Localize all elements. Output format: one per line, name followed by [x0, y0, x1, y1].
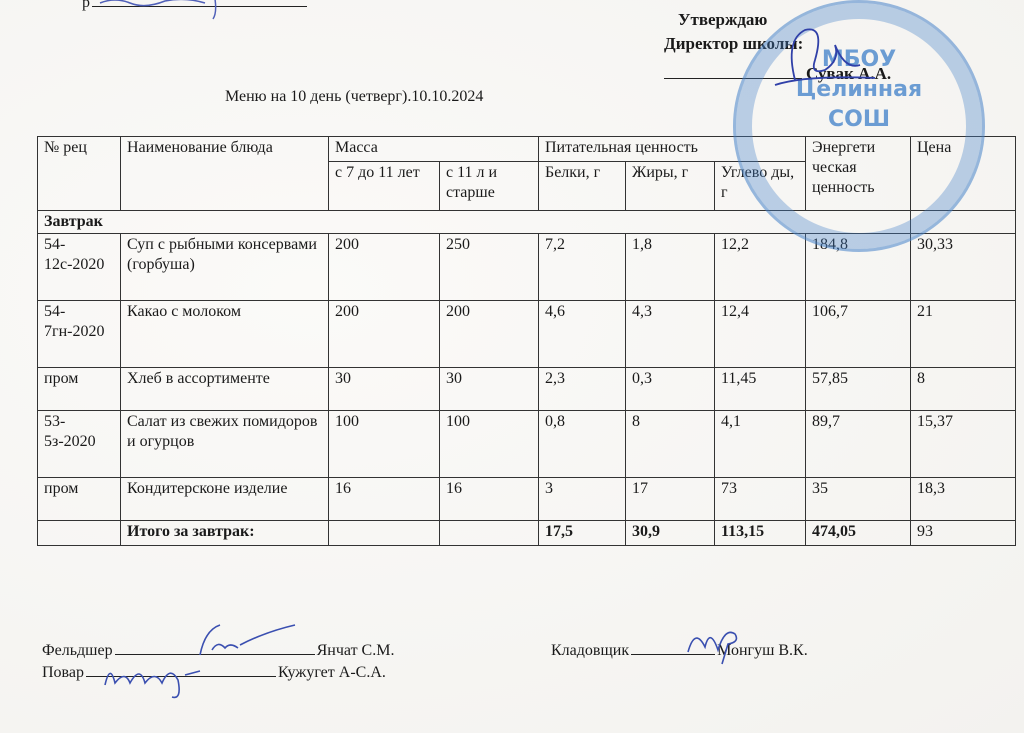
cell-mass-11-plus: 16 — [440, 478, 539, 521]
cook-sign-line — [86, 662, 276, 677]
cell-price: 15,37 — [911, 411, 1016, 478]
cook-role: Повар — [42, 664, 84, 681]
header-mass-11-plus: с 11 л и старше — [440, 162, 539, 211]
cell-fats: 8 — [626, 411, 715, 478]
medic-sign-line — [115, 640, 315, 655]
menu-table: № рец Наименование блюда Масса Питательн… — [37, 136, 1016, 546]
section-empty-cell — [911, 211, 1016, 234]
cook-signature: ПоварКужугет А-С.А. — [42, 662, 386, 684]
total-label: Итого за завтрак: — [121, 521, 329, 546]
approve-label: Утверждаю — [664, 8, 891, 32]
total-row: Итого за завтрак: 17,5 30,9 113,15 474,0… — [38, 521, 1016, 546]
cell-dish: Салат из свежих помидоров и огурцов — [121, 411, 329, 478]
cell-recipe: пром — [38, 478, 121, 521]
cell-mass-7-11: 100 — [329, 411, 440, 478]
section-breakfast: Завтрак — [38, 211, 911, 234]
cell-mass-7-11: 16 — [329, 478, 440, 521]
table-row: пром Кондитерсконе изделие 16 16 3 17 73… — [38, 478, 1016, 521]
cell-proteins: 7,2 — [539, 234, 626, 301]
cell-proteins: 3 — [539, 478, 626, 521]
storekeeper-signature: КладовщикМонгуш В.К. — [551, 640, 808, 662]
director-label: Директор школы: — [664, 32, 891, 56]
cook-name: Кужугет А-С.А. — [278, 664, 386, 681]
cell-mass-11-plus: 30 — [440, 368, 539, 411]
total-price: 93 — [911, 521, 1016, 546]
director-signature-line — [664, 58, 802, 79]
approval-block: Утверждаю Директор школы: Сувак А.А. — [664, 8, 891, 86]
cell-price: 18,3 — [911, 478, 1016, 521]
cell-energy: 106,7 — [806, 301, 911, 368]
total-empty-cell — [38, 521, 121, 546]
cell-energy: 57,85 — [806, 368, 911, 411]
cell-mass-7-11: 200 — [329, 301, 440, 368]
table-row: 53-5з-2020 Салат из свежих помидоров и о… — [38, 411, 1016, 478]
cell-fats: 4,3 — [626, 301, 715, 368]
cell-proteins: 4,6 — [539, 301, 626, 368]
cell-recipe: 54-7гн-2020 — [38, 301, 121, 368]
cell-dish: Суп с рыбными консервами (горбуша) — [121, 234, 329, 301]
storekeeper-name: Монгуш В.К. — [717, 642, 808, 659]
cell-price: 30,33 — [911, 234, 1016, 301]
signature-underline — [92, 0, 307, 7]
cell-carbs: 12,4 — [715, 301, 806, 368]
cell-dish: Хлеб в ассортименте — [121, 368, 329, 411]
top-signature-line: р — [0, 0, 307, 12]
header-price: Цена — [911, 137, 1016, 211]
cell-recipe: 53-5з-2020 — [38, 411, 121, 478]
cell-carbs: 4,1 — [715, 411, 806, 478]
medic-role: Фельдшер — [42, 642, 113, 659]
cell-mass-11-plus: 100 — [440, 411, 539, 478]
header-proteins: Белки, г — [539, 162, 626, 211]
medic-signature: ФельдшерЯнчат С.М. — [42, 640, 394, 662]
cell-recipe: пром — [38, 368, 121, 411]
storekeeper-role: Кладовщик — [551, 642, 629, 659]
cell-energy: 35 — [806, 478, 911, 521]
cell-fats: 1,8 — [626, 234, 715, 301]
cell-recipe: 54-12с-2020 — [38, 234, 121, 301]
table-row: пром Хлеб в ассортименте 30 30 2,3 0,3 1… — [38, 368, 1016, 411]
header-mass: Масса — [329, 137, 539, 162]
director-name: Сувак А.А. — [806, 62, 891, 86]
cell-price: 8 — [911, 368, 1016, 411]
table-row: 54-12с-2020 Суп с рыбными консервами (го… — [38, 234, 1016, 301]
table-row: 54-7гн-2020 Какао с молоком 200 200 4,6 … — [38, 301, 1016, 368]
cell-dish: Какао с молоком — [121, 301, 329, 368]
page-title: Меню на 10 день (четверг).10.10.2024 — [225, 88, 483, 106]
cell-carbs: 11,45 — [715, 368, 806, 411]
cell-energy: 184,8 — [806, 234, 911, 301]
cell-mass-7-11: 200 — [329, 234, 440, 301]
cell-mass-7-11: 30 — [329, 368, 440, 411]
cell-fats: 0,3 — [626, 368, 715, 411]
cell-dish: Кондитерсконе изделие — [121, 478, 329, 521]
cell-proteins: 0,8 — [539, 411, 626, 478]
total-proteins: 17,5 — [539, 521, 626, 546]
header-carbs: Углево ды, г — [715, 162, 806, 211]
header-mass-7-11: с 7 до 11 лет — [329, 162, 440, 211]
cell-carbs: 12,2 — [715, 234, 806, 301]
header-energy: Энергети ческая ценность — [806, 137, 911, 211]
storekeeper-sign-line — [631, 640, 715, 655]
total-mass-1 — [329, 521, 440, 546]
top-fragment-text: р — [82, 0, 90, 11]
header-fats: Жиры, г — [626, 162, 715, 211]
total-fats: 30,9 — [626, 521, 715, 546]
cell-energy: 89,7 — [806, 411, 911, 478]
header-nutrition: Питательная ценность — [539, 137, 806, 162]
header-dish-name: Наименование блюда — [121, 137, 329, 211]
cell-mass-11-plus: 250 — [440, 234, 539, 301]
total-mass-2 — [440, 521, 539, 546]
header-recipe-no: № рец — [38, 137, 121, 211]
total-carbs: 113,15 — [715, 521, 806, 546]
cell-carbs: 73 — [715, 478, 806, 521]
cell-mass-11-plus: 200 — [440, 301, 539, 368]
cell-price: 21 — [911, 301, 1016, 368]
cell-fats: 17 — [626, 478, 715, 521]
medic-name: Янчат С.М. — [317, 642, 395, 659]
cell-proteins: 2,3 — [539, 368, 626, 411]
total-energy: 474,05 — [806, 521, 911, 546]
